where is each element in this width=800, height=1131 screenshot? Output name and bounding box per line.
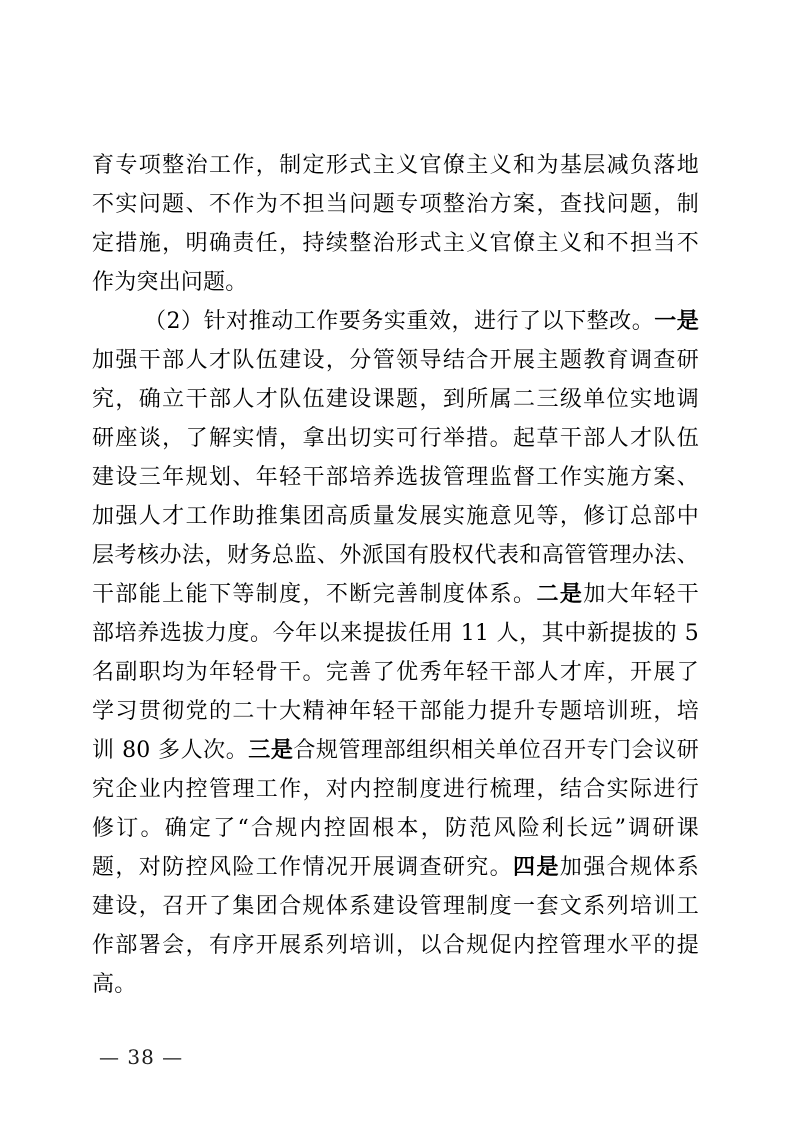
text-run: 究企业内控管理工作，对内控制度进行梳理，结合实际进行 bbox=[92, 777, 699, 802]
document-line: 定措施，明确责任，持续整治形式主义官僚主义和不担当不 bbox=[92, 224, 699, 263]
document-line: 建设三年规划、年轻干部培养选拔管理监督工作实施方案、 bbox=[92, 458, 699, 497]
document-line: 作为突出问题。 bbox=[92, 263, 699, 302]
document-line: 加强干部人才队伍建设，分管领导结合开展主题教育调查研 bbox=[92, 341, 699, 380]
document-line: 部培养选拔力度。今年以来提拔任用 11 人，其中新提拔的 5 bbox=[92, 614, 699, 653]
text-run: 干部能上能下等制度，不断完善制度体系。 bbox=[92, 582, 536, 607]
text-run: 研座谈，了解实情，拿出切实可行举措。起草干部人才队伍 bbox=[92, 426, 699, 451]
text-run: 题，对防控风险工作情况开展调查研究。 bbox=[92, 855, 513, 880]
document-line: 层考核办法，财务总监、外派国有股权代表和高管管理办法、 bbox=[92, 536, 699, 575]
text-run: 作为突出问题。 bbox=[92, 270, 247, 295]
document-line: 作部署会，有序开展系列培训，以合规促内控管理水平的提 bbox=[92, 926, 699, 965]
text-run: 建设三年规划、年轻干部培养选拔管理监督工作实施方案、 bbox=[92, 465, 699, 490]
document-line: 题，对防控风险工作情况开展调查研究。四是加强合规体系 bbox=[92, 848, 699, 887]
bold-text-run: 四是 bbox=[513, 854, 560, 880]
text-run: 究，确立干部人才队伍建设课题，到所属二三级单位实地调 bbox=[92, 387, 699, 412]
document-line: 加强人才工作助推集团高质量发展实施意见等，修订总部中 bbox=[92, 497, 699, 536]
text-run: 合规管理部组织相关单位召开专门会议研 bbox=[293, 738, 699, 763]
text-run: 修订。确定了“合规内控固根本，防范风险利长远”调研课 bbox=[92, 816, 699, 841]
text-run: 加强干部人才队伍建设，分管领导结合开展主题教育调查研 bbox=[92, 348, 699, 373]
bold-text-run: 二是 bbox=[536, 581, 583, 607]
text-run: 育专项整治工作，制定形式主义官僚主义和为基层减负落地 bbox=[92, 153, 699, 178]
text-run: 加强合规体系 bbox=[560, 855, 699, 880]
text-run: 训 80 多人次。 bbox=[92, 738, 248, 763]
document-line: 建设，召开了集团合规体系建设管理制度一套文系列培训工 bbox=[92, 887, 699, 926]
document-line: 名副职均为年轻骨干。完善了优秀年轻干部人才库，开展了 bbox=[92, 653, 699, 692]
text-run: 名副职均为年轻骨干。完善了优秀年轻干部人才库，开展了 bbox=[92, 660, 699, 685]
document-line: 育专项整治工作，制定形式主义官僚主义和为基层减负落地 bbox=[92, 146, 699, 185]
text-run: 作部署会，有序开展系列培训，以合规促内控管理水平的提 bbox=[92, 933, 699, 958]
document-line: 不实问题、不作为不担当问题专项整治方案，查找问题，制 bbox=[92, 185, 699, 224]
text-run: 定措施，明确责任，持续整治形式主义官僚主义和不担当不 bbox=[92, 231, 699, 256]
document-line: 干部能上能下等制度，不断完善制度体系。二是加大年轻干 bbox=[92, 575, 699, 614]
document-body: 育专项整治工作，制定形式主义官僚主义和为基层减负落地不实问题、不作为不担当问题专… bbox=[92, 146, 699, 1004]
document-line: 学习贯彻党的二十大精神年轻干部能力提升专题培训班，培 bbox=[92, 692, 699, 731]
document-line: 究企业内控管理工作，对内控制度进行梳理，结合实际进行 bbox=[92, 770, 699, 809]
bold-text-run: 一是 bbox=[654, 308, 699, 334]
text-run: 建设，召开了集团合规体系建设管理制度一套文系列培训工 bbox=[92, 894, 699, 919]
text-run: 不实问题、不作为不担当问题专项整治方案，查找问题，制 bbox=[92, 192, 699, 217]
text-run: 部培养选拔力度。今年以来提拔任用 11 人，其中新提拔的 5 bbox=[92, 621, 699, 646]
document-line: （2）针对推动工作要务实重效，进行了以下整改。一是 bbox=[92, 302, 699, 341]
document-page: 育专项整治工作，制定形式主义官僚主义和为基层减负落地不实问题、不作为不担当问题专… bbox=[0, 0, 800, 1131]
text-run: 学习贯彻党的二十大精神年轻干部能力提升专题培训班，培 bbox=[92, 699, 699, 724]
document-line: 究，确立干部人才队伍建设课题，到所属二三级单位实地调 bbox=[92, 380, 699, 419]
text-run: 加强人才工作助推集团高质量发展实施意见等，修订总部中 bbox=[92, 504, 699, 529]
text-run: 高。 bbox=[92, 972, 136, 997]
page-number: — 38 — bbox=[99, 1044, 183, 1070]
bold-text-run: 三是 bbox=[248, 737, 293, 763]
document-line: 高。 bbox=[92, 965, 699, 1004]
document-line: 修订。确定了“合规内控固根本，防范风险利长远”调研课 bbox=[92, 809, 699, 848]
text-run: （2）针对推动工作要务实重效，进行了以下整改。 bbox=[144, 309, 654, 334]
text-run: 层考核办法，财务总监、外派国有股权代表和高管管理办法、 bbox=[92, 543, 699, 568]
document-line: 训 80 多人次。三是合规管理部组织相关单位召开专门会议研 bbox=[92, 731, 699, 770]
text-run: 加大年轻干 bbox=[583, 582, 699, 607]
document-line: 研座谈，了解实情，拿出切实可行举措。起草干部人才队伍 bbox=[92, 419, 699, 458]
